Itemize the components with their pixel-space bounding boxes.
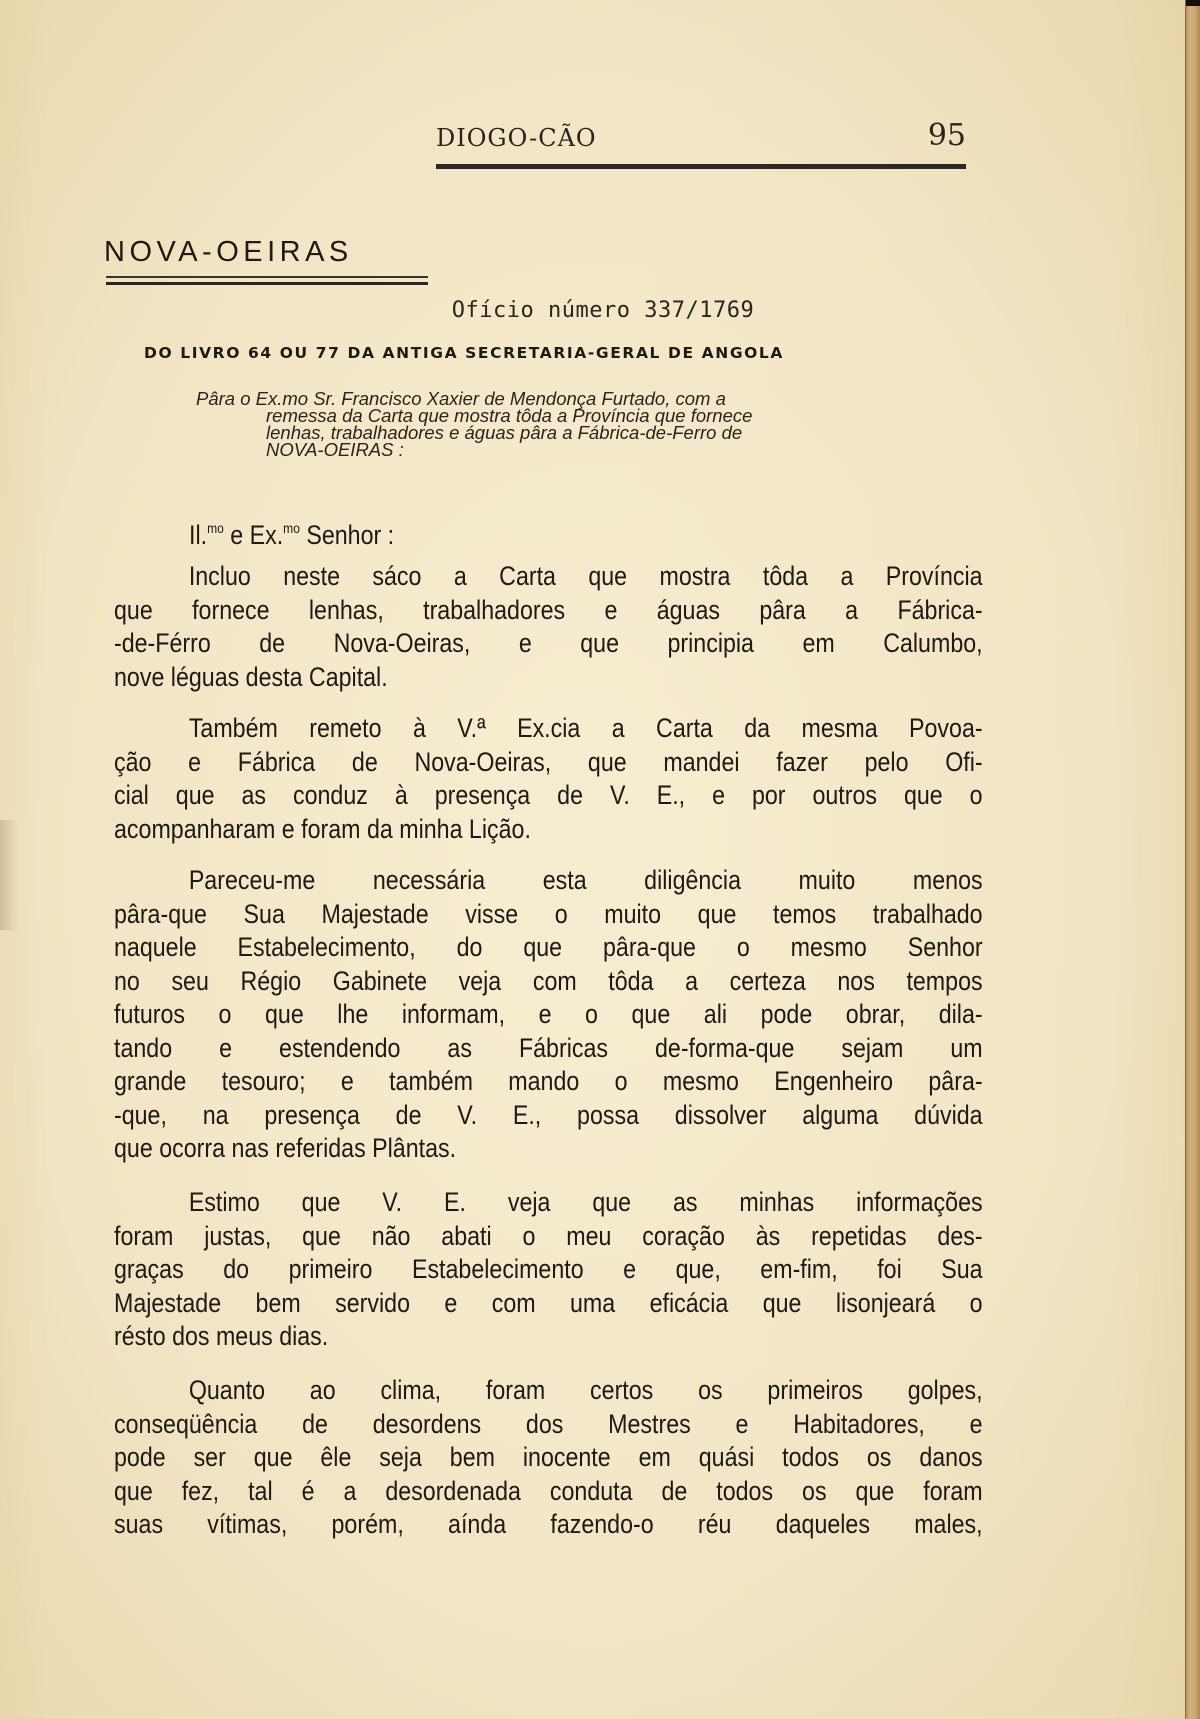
text-line: naquele Estabelecimento, do que pâra-que…	[114, 931, 983, 965]
text-line: nove léguas desta Capital.	[114, 661, 983, 695]
salutation-text: Senhor :	[300, 520, 394, 550]
paragraph-5: Quanto ao clima, foram certos os primeir…	[114, 1374, 983, 1542]
document-number: Ofício número 337/1769	[0, 298, 1186, 323]
text-line: Também remeto à V.ª Ex.cia a Carta da me…	[114, 712, 983, 746]
salutation-text: Il.	[189, 520, 207, 550]
text-line: pâra-que Sua Majestade visse o muito que…	[114, 898, 983, 932]
text-line: résto dos meus dias.	[114, 1320, 983, 1354]
text-line: no seu Régio Gabinete veja com tôda a ce…	[114, 965, 983, 999]
page-number: 95	[928, 118, 966, 153]
text-line: cial que as conduz à presença de V. E., …	[114, 779, 983, 813]
text-line: acompanharam e foram da minha Lição.	[114, 813, 983, 847]
text-line: Pareceu-me necessária esta diligência mu…	[114, 864, 983, 898]
text-line: tando e estendendo as Fábricas de-forma-…	[114, 1032, 983, 1066]
text-line: foram justas, que não abati o meu coraçã…	[114, 1220, 983, 1254]
title-underline-thick	[106, 282, 428, 285]
source-reference: DO LIVRO 64 OU 77 DA ANTIGA SECRETARIA-G…	[144, 344, 784, 362]
page-edge	[1185, 0, 1200, 1719]
text-line: suas vítimas, porém, aínda fazendo-o réu…	[114, 1508, 983, 1542]
text-line: futuros o que lhe informam, e o que ali …	[114, 998, 983, 1032]
page-edge-shadow	[1186, 0, 1200, 6]
title-underline-thin	[106, 276, 428, 278]
text-line: conseqüência de desordens dos Mestres e …	[114, 1408, 983, 1442]
text-line: Majestade bem servido e com uma eficácia…	[114, 1287, 983, 1321]
address-block: Pâra o Ex.mo Sr. Francisco Xaxier de Men…	[196, 390, 976, 458]
text-line: Estimo que V. E. veja que as minhas info…	[114, 1186, 983, 1220]
running-title: DIOGO-CÃO	[436, 124, 597, 152]
address-line: NOVA-OEIRAS :	[196, 441, 976, 458]
text-line: grande tesouro; e também mando o mesmo E…	[114, 1065, 983, 1099]
text-line: -de-Férro de Nova-Oeiras, e que principi…	[114, 627, 983, 661]
salutation-superscript: mo	[207, 520, 224, 536]
paragraph-4: Estimo que V. E. veja que as minhas info…	[114, 1186, 983, 1354]
text-line: Incluo neste sáco a Carta que mostra tôd…	[114, 560, 983, 594]
salutation-superscript: mo	[283, 520, 300, 536]
text-line: Quanto ao clima, foram certos os primeir…	[114, 1374, 983, 1408]
paragraph-3: Pareceu-me necessária esta diligência mu…	[114, 864, 983, 1166]
salutation: Il.mo e Ex.mo Senhor :	[189, 520, 394, 551]
text-line: -que, na presença de V. E., possa dissol…	[114, 1099, 983, 1133]
running-header: DIOGO-CÃO 95	[436, 118, 966, 174]
text-line: que ocorra nas referidas Plântas.	[114, 1132, 983, 1166]
header-rule	[436, 164, 966, 169]
text-line: ção e Fábrica de Nova-Oeiras, que mandei…	[114, 746, 983, 780]
section-title: NOVA-OEIRAS	[104, 236, 353, 269]
paragraph-1: Incluo neste sáco a Carta que mostra tôd…	[114, 560, 983, 694]
text-line: que fez, tal é a desordenada conduta de …	[114, 1475, 983, 1509]
text-line: graças do primeiro Estabelecimento e que…	[114, 1253, 983, 1287]
paragraph-2: Também remeto à V.ª Ex.cia a Carta da me…	[114, 712, 983, 846]
text-line: pode ser que êle seja bem inocente em qu…	[114, 1441, 983, 1475]
text-line: que fornece lenhas, trabalhadores e água…	[114, 594, 983, 628]
salutation-text: e Ex.	[224, 520, 283, 550]
paper-stain	[0, 820, 18, 930]
